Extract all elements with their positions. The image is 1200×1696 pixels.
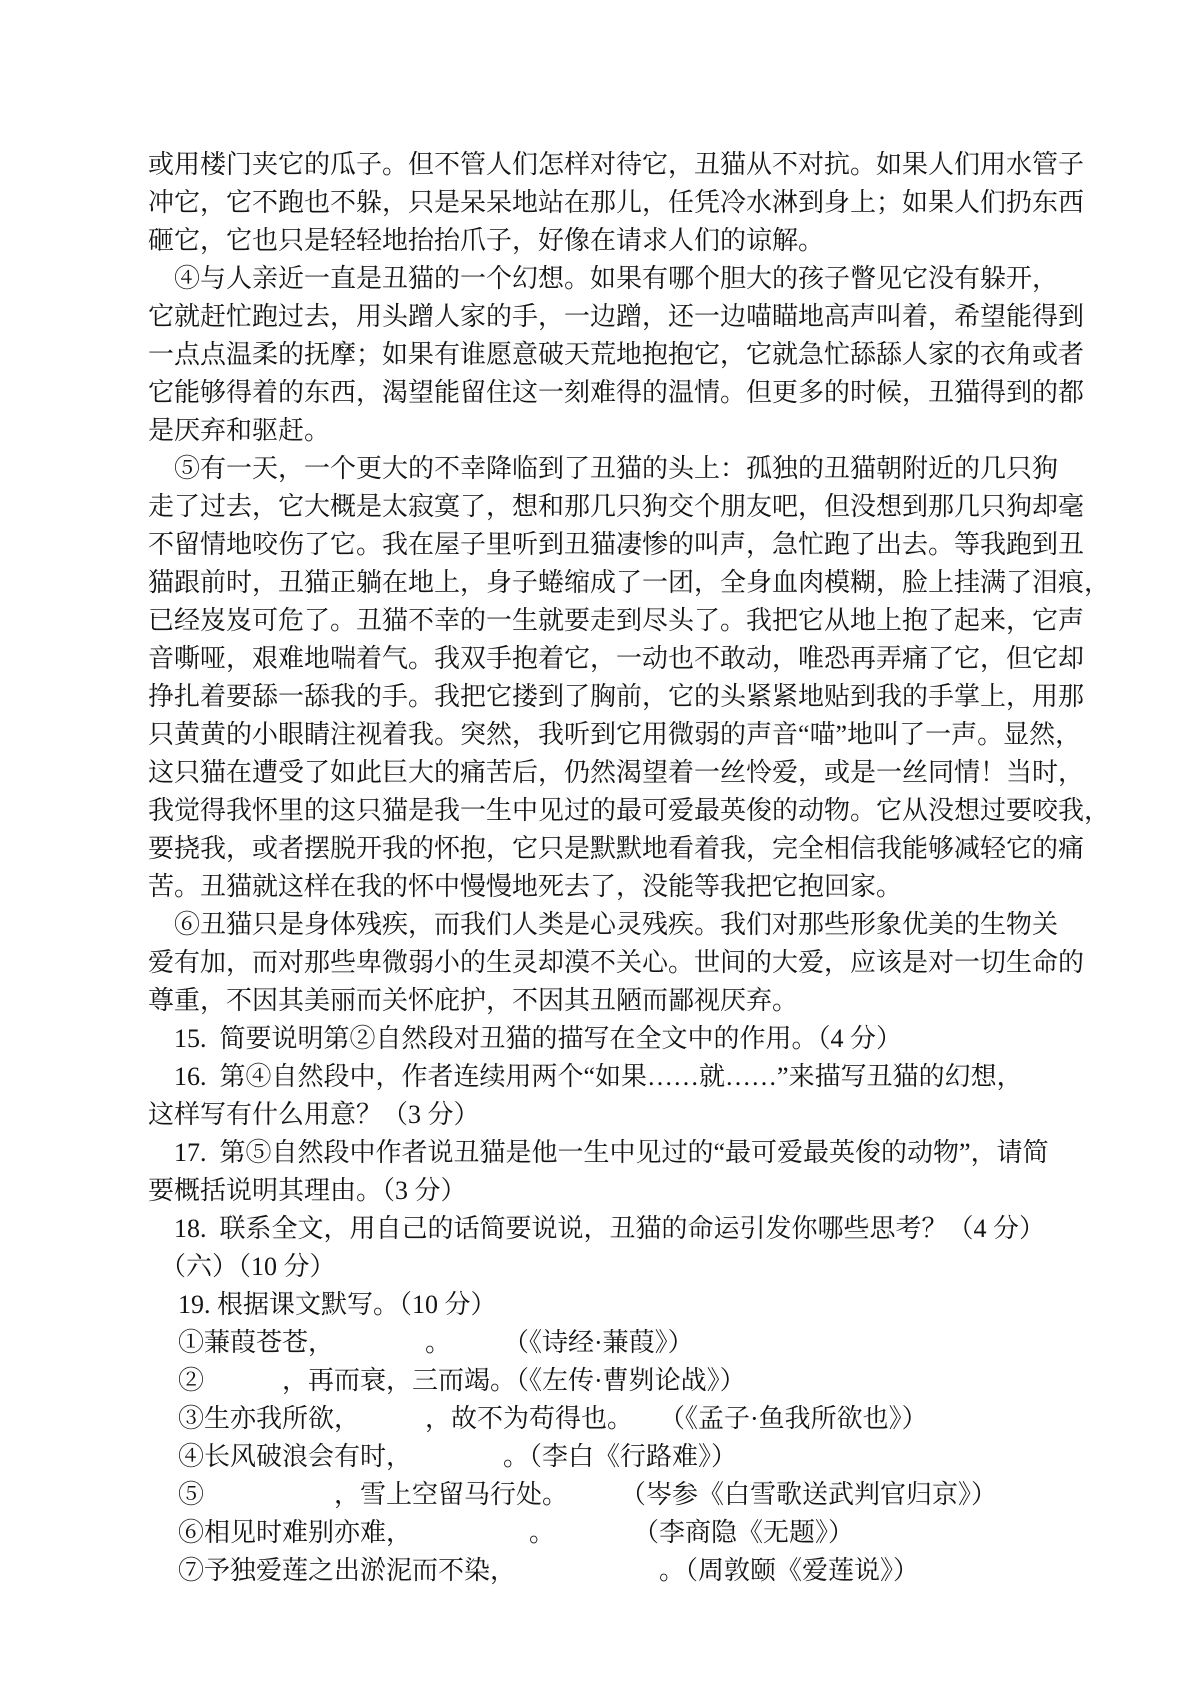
text-line: 或用楼门夹它的瓜子。但不管人们怎样对待它，丑猫从不对抗。如果人们用水管子 <box>148 146 1078 184</box>
text-line: ①蒹葭苍苍， 。 （《诗经·蒹葭》） <box>148 1324 1078 1362</box>
exam-text-block: 或用楼门夹它的瓜子。但不管人们怎样对待它，丑猫从不对抗。如果人们用水管子冲它，它… <box>148 146 1078 1590</box>
text-line: ⑥丑猫只是身体残疾，而我们人类是心灵残疾。我们对那些形象优美的生物关 <box>148 906 1078 944</box>
text-line: 不留情地咬伤了它。我在屋子里听到丑猫凄惨的叫声，急忙跑了出去。等我跑到丑 <box>148 526 1078 564</box>
text-line: 要挠我，或者摆脱开我的怀抱，它只是默默地看着我，完全相信我能够减轻它的痛 <box>148 830 1078 868</box>
text-line: 这只猫在遭受了如此巨大的痛苦后，仍然渴望着一丝怜爱，或是一丝同情！当时， <box>148 754 1078 792</box>
text-line: 只黄黄的小眼睛注视着我。突然，我听到它用微弱的声音“喵”地叫了一声。显然， <box>148 716 1078 754</box>
text-line: 15. 简要说明第②自然段对丑猫的描写在全文中的作用。（4 分） <box>148 1020 1078 1058</box>
text-line: 17. 第⑤自然段中作者说丑猫是他一生中见过的“最可爱最英俊的动物”，请简 <box>148 1134 1078 1172</box>
text-line: 猫跟前时，丑猫正躺在地上，身子蜷缩成了一团，全身血肉模糊，脸上挂满了泪痕， <box>148 564 1078 602</box>
text-line: ⑤ ，雪上空留马行处。 （岑参《白雪歌送武判官归京》） <box>148 1476 1078 1514</box>
text-line: 19. 根据课文默写。（10 分） <box>148 1286 1078 1324</box>
exam-paper-page: 或用楼门夹它的瓜子。但不管人们怎样对待它，丑猫从不对抗。如果人们用水管子冲它，它… <box>0 0 1200 1696</box>
text-line: 我觉得我怀里的这只猫是我一生中见过的最可爱最英俊的动物。它从没想过要咬我， <box>148 792 1078 830</box>
text-line: 18. 联系全文，用自己的话简要说说，丑猫的命运引发你哪些思考？（4 分） <box>148 1210 1078 1248</box>
text-line: ③生亦我所欲， ，故不为苟得也。 （《孟子·鱼我所欲也》） <box>148 1400 1078 1438</box>
text-line: 16. 第④自然段中，作者连续用两个“如果……就……”来描写丑猫的幻想， <box>148 1058 1078 1096</box>
text-line: 走了过去，它大概是太寂寞了，想和那几只狗交个朋友吧，但没想到那几只狗却毫 <box>148 488 1078 526</box>
text-line: 一点点温柔的抚摩；如果有谁愿意破天荒地抱抱它，它就急忙舔舔人家的衣角或者 <box>148 336 1078 374</box>
text-line: 它能够得着的东西，渴望能留住这一刻难得的温情。但更多的时候，丑猫得到的都 <box>148 374 1078 412</box>
text-line: 已经岌岌可危了。丑猫不幸的一生就要走到尽头了。我把它从地上抱了起来，它声 <box>148 602 1078 640</box>
text-line: ② ，再而衰，三而竭。（《左传·曹刿论战》） <box>148 1362 1078 1400</box>
text-line: 砸它，它也只是轻轻地抬抬爪子，好像在请求人们的谅解。 <box>148 222 1078 260</box>
text-line: 它就赶忙跑过去，用头蹭人家的手，一边蹭，还一边喵瞄地高声叫着，希望能得到 <box>148 298 1078 336</box>
text-line: ④与人亲近一直是丑猫的一个幻想。如果有哪个胆大的孩子瞥见它没有躲开， <box>148 260 1078 298</box>
text-line: 冲它，它不跑也不躲，只是呆呆地站在那儿，任凭冷水淋到身上；如果人们扔东西 <box>148 184 1078 222</box>
text-line: 是厌弃和驱赶。 <box>148 412 1078 450</box>
text-line: 要概括说明其理由。（3 分） <box>148 1172 1078 1210</box>
text-line: ④长风破浪会有时， 。（李白《行路难》） <box>148 1438 1078 1476</box>
text-line: （六）（10 分） <box>148 1248 1078 1286</box>
text-line: ⑥相见时难别亦难， 。 （李商隐《无题》） <box>148 1514 1078 1552</box>
text-line: 尊重，不因其美丽而关怀庇护，不因其丑陋而鄙视厌弃。 <box>148 982 1078 1020</box>
text-line: 这样写有什么用意？（3 分） <box>148 1096 1078 1134</box>
text-line: 挣扎着要舔一舔我的手。我把它搂到了胸前，它的头紧紧地贴到我的手掌上，用那 <box>148 678 1078 716</box>
text-line: ⑦予独爱莲之出淤泥而不染， 。（周敦颐《爱莲说》） <box>148 1552 1078 1590</box>
text-line: 音嘶哑，艰难地喘着气。我双手抱着它，一动也不敢动，唯恐再弄痛了它，但它却 <box>148 640 1078 678</box>
text-line: ⑤有一天，一个更大的不幸降临到了丑猫的头上：孤独的丑猫朝附近的几只狗 <box>148 450 1078 488</box>
text-line: 苦。丑猫就这样在我的怀中慢慢地死去了，没能等我把它抱回家。 <box>148 868 1078 906</box>
text-line: 爱有加，而对那些卑微弱小的生灵却漠不关心。世间的大爱，应该是对一切生命的 <box>148 944 1078 982</box>
